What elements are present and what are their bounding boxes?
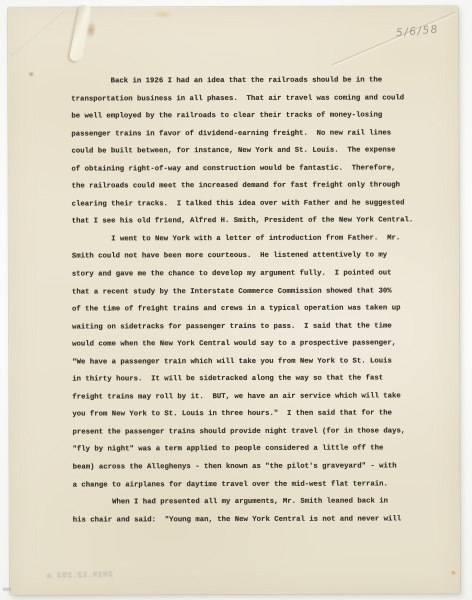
text-line: would come when the New York Central wou… [72, 336, 432, 355]
corner-crease-line [8, 10, 66, 62]
text-line: beam) across the Alleghenys - then known… [73, 458, 433, 477]
text-line: that a recent study by the Interstate Co… [72, 283, 432, 302]
handwritten-date: 5/6/58 [396, 23, 440, 39]
text-line: passenger trains in favor of dividend-ea… [71, 125, 431, 144]
text-line: present the passenger trains should prov… [72, 423, 432, 442]
scan-background: 5/6/58 Back in 1926 I had an idea that t… [0, 0, 472, 600]
text-line: story and gave me the chance to develop … [72, 265, 432, 284]
bleedthrough-accession-number: 2019.12.203 a [17, 570, 113, 582]
text-line: you from New York to St. Louis in three … [72, 406, 432, 425]
typewritten-text: Back in 1926 I had an idea that the rail… [71, 72, 433, 529]
text-line: "We have a passenger train which will ta… [72, 353, 432, 372]
text-line: I went to New York with a letter of intr… [72, 230, 432, 249]
foxing-stain-top [153, 10, 173, 18]
text-line: be well employed by the railroads to cle… [71, 107, 431, 126]
text-line: in thirty hours. It will be sidetracked … [72, 371, 432, 390]
text-line: of the time of freight trains and crews … [72, 300, 432, 319]
text-line: waiting on sidetracks for passenger trai… [72, 318, 432, 337]
fold-crease-line [332, 12, 455, 64]
paper-sheet: 5/6/58 Back in 1926 I had an idea that t… [8, 6, 460, 595]
text-line: Back in 1926 I had an idea that the rail… [71, 72, 431, 91]
text-line: the railroads could meet the increased d… [72, 178, 432, 197]
foxing-spot-bottom-right [451, 570, 456, 575]
foxing-spot-left [28, 72, 34, 77]
scan-edge-mark [3, 588, 11, 591]
fold-crease-highlight [333, 14, 456, 66]
text-line: freight trains may roll by it. BUT, we h… [72, 388, 432, 407]
text-line: a change to airplanes for daytime travel… [73, 476, 433, 495]
text-line: could be built between, for instance, Ne… [71, 142, 431, 161]
text-line: his chair and said: "Young man, the New … [73, 511, 433, 530]
text-line: When I had presented all my arguments, M… [73, 493, 433, 512]
text-line: transportation business in all phases. T… [71, 90, 431, 109]
text-line: of obtaining right-of-way and constructi… [72, 160, 432, 179]
text-line: clearing their tracks. I talked this ide… [72, 195, 432, 214]
text-line: that I see his old friend, Alfred H. Smi… [72, 213, 432, 232]
text-line: "fly by night" was a term applied to peo… [72, 441, 432, 460]
text-line: Smith could not have been more courteous… [72, 248, 432, 267]
rust-smudge-mark [85, 21, 98, 40]
